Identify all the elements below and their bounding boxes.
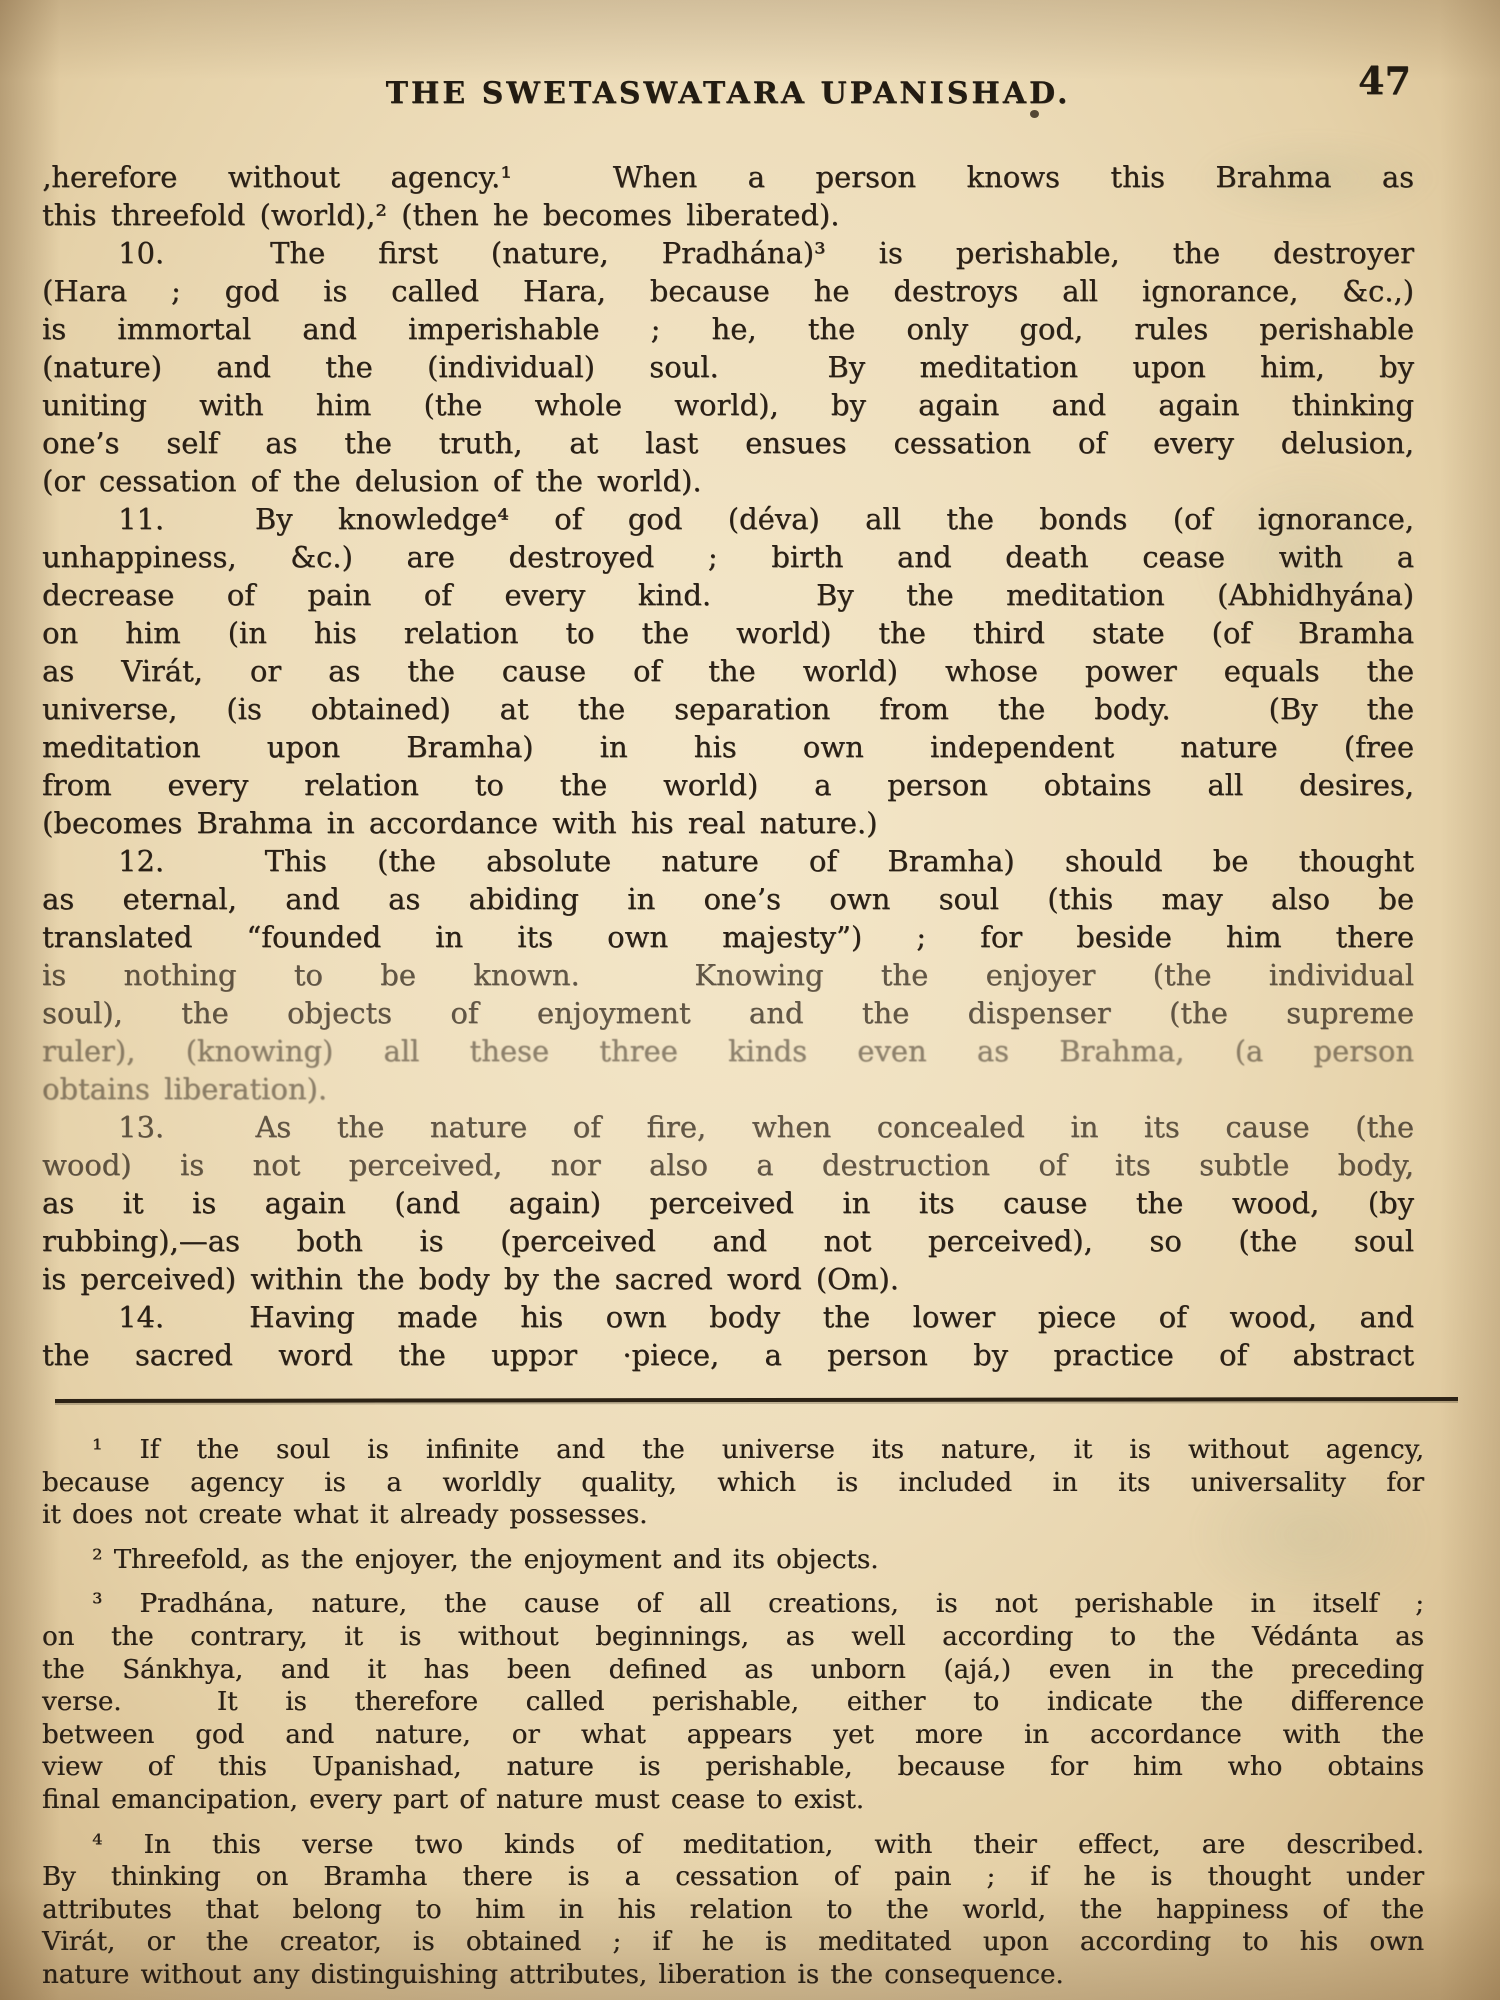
body-line: is immortal and imperishable ; he, the o…	[42, 310, 1414, 348]
footnote-line: ³ Pradhána, nature, the cause of all cre…	[42, 1588, 1424, 1621]
footnote-line: ² Threefold, as the enjoyer, the enjoyme…	[42, 1544, 1424, 1577]
page-number: 47	[1358, 58, 1411, 103]
body-line: 13. As the nature of fire, when conceale…	[42, 1108, 1414, 1146]
body-line: is perceived) within the body by the sac…	[42, 1260, 1414, 1298]
footnote-line: the Sánkhya, and it has been defined as …	[42, 1654, 1424, 1687]
footnote-line: it does not create what it already posse…	[42, 1499, 1424, 1532]
body-line: the sacred word the uppɔr ·piece, a pers…	[42, 1336, 1414, 1374]
body-line: as Virát, or as the cause of the world) …	[42, 652, 1414, 690]
footnote-line: final emancipation, every part of nature…	[42, 1784, 1424, 1817]
footnote-line: on the contrary, it is without beginning…	[42, 1621, 1424, 1654]
body-line: this threefold (world),² (then he become…	[42, 196, 1414, 234]
footnote-line: By thinking on Bramha there is a cessati…	[42, 1861, 1424, 1894]
footnote-line: view of this Upanishad, nature is perish…	[42, 1751, 1424, 1784]
footnote-line: ¹ If the soul is infinite and the univer…	[42, 1434, 1424, 1467]
body-line: from every relation to the world) a pers…	[42, 766, 1414, 804]
body-line: soul), the objects of enjoyment and the …	[42, 994, 1414, 1032]
body-line: obtains liberation).	[42, 1070, 1414, 1108]
body-text: ‚herefore without agency.¹ When a person…	[42, 158, 1414, 1374]
ink-speck	[1030, 110, 1039, 118]
body-line: one’s self as the truth, at last ensues …	[42, 424, 1414, 462]
body-line: decrease of pain of every kind. By the m…	[42, 576, 1414, 614]
footnote-line: attributes that belong to him in his rel…	[42, 1894, 1424, 1927]
body-line: uniting with him (the whole world), by a…	[42, 386, 1414, 424]
body-line: 10. The first (nature, Pradhána)³ is per…	[42, 234, 1414, 272]
body-line: 14. Having made his own body the lower p…	[42, 1298, 1414, 1336]
body-line: unhappiness, &c.) are destroyed ; birth …	[42, 538, 1414, 576]
body-line: (becomes Brahma in accordance with his r…	[42, 804, 1414, 842]
body-line: ‚herefore without agency.¹ When a person…	[42, 158, 1414, 196]
body-line: as eternal, and as abiding in one’s own …	[42, 880, 1414, 918]
body-line: rubbing),—as both is (perceived and not …	[42, 1222, 1414, 1260]
footnote-line: Virát, or the creator, is obtained ; if …	[42, 1926, 1424, 1959]
body-line: (or cessation of the delusion of the wor…	[42, 462, 1414, 500]
body-line: wood) is not perceived, nor also a destr…	[42, 1146, 1414, 1184]
body-line: meditation upon Bramha) in his own indep…	[42, 728, 1414, 766]
running-title: THE SWETASWATARA UPANISHAD.	[42, 76, 1414, 111]
body-line: is nothing to be known. Knowing the enjo…	[42, 956, 1414, 994]
body-line: 12. This (the absolute nature of Bramha)…	[42, 842, 1414, 880]
body-line: as it is again (and again) perceived in …	[42, 1184, 1414, 1222]
footnote-line: verse. It is therefore called perishable…	[42, 1686, 1424, 1719]
body-line: on him (in his relation to the world) th…	[42, 614, 1414, 652]
footnote-line: because agency is a worldly quality, whi…	[42, 1467, 1424, 1500]
body-line: 11. By knowledge⁴ of god (déva) all the …	[42, 500, 1414, 538]
book-page-scan: THE SWETASWATARA UPANISHAD. 47 ‚herefore…	[0, 0, 1500, 2000]
body-line: translated “founded in its own majesty”)…	[42, 918, 1414, 956]
footnote-line: nature without any distinguishing attrib…	[42, 1959, 1424, 1992]
body-line: (Hara ; god is called Hara, because he d…	[42, 272, 1414, 310]
footnotes: ¹ If the soul is infinite and the univer…	[42, 1434, 1424, 1992]
body-line: (nature) and the (individual) soul. By m…	[42, 348, 1414, 386]
body-line: universe, (is obtained) at the separatio…	[42, 690, 1414, 728]
footnote-line: between god and nature, or what appears …	[42, 1719, 1424, 1752]
body-line: ruler), (knowing) all these three kinds …	[42, 1032, 1414, 1070]
footnote-divider	[55, 1397, 1458, 1403]
footnote-line: ⁴ In this verse two kinds of meditation,…	[42, 1829, 1424, 1862]
